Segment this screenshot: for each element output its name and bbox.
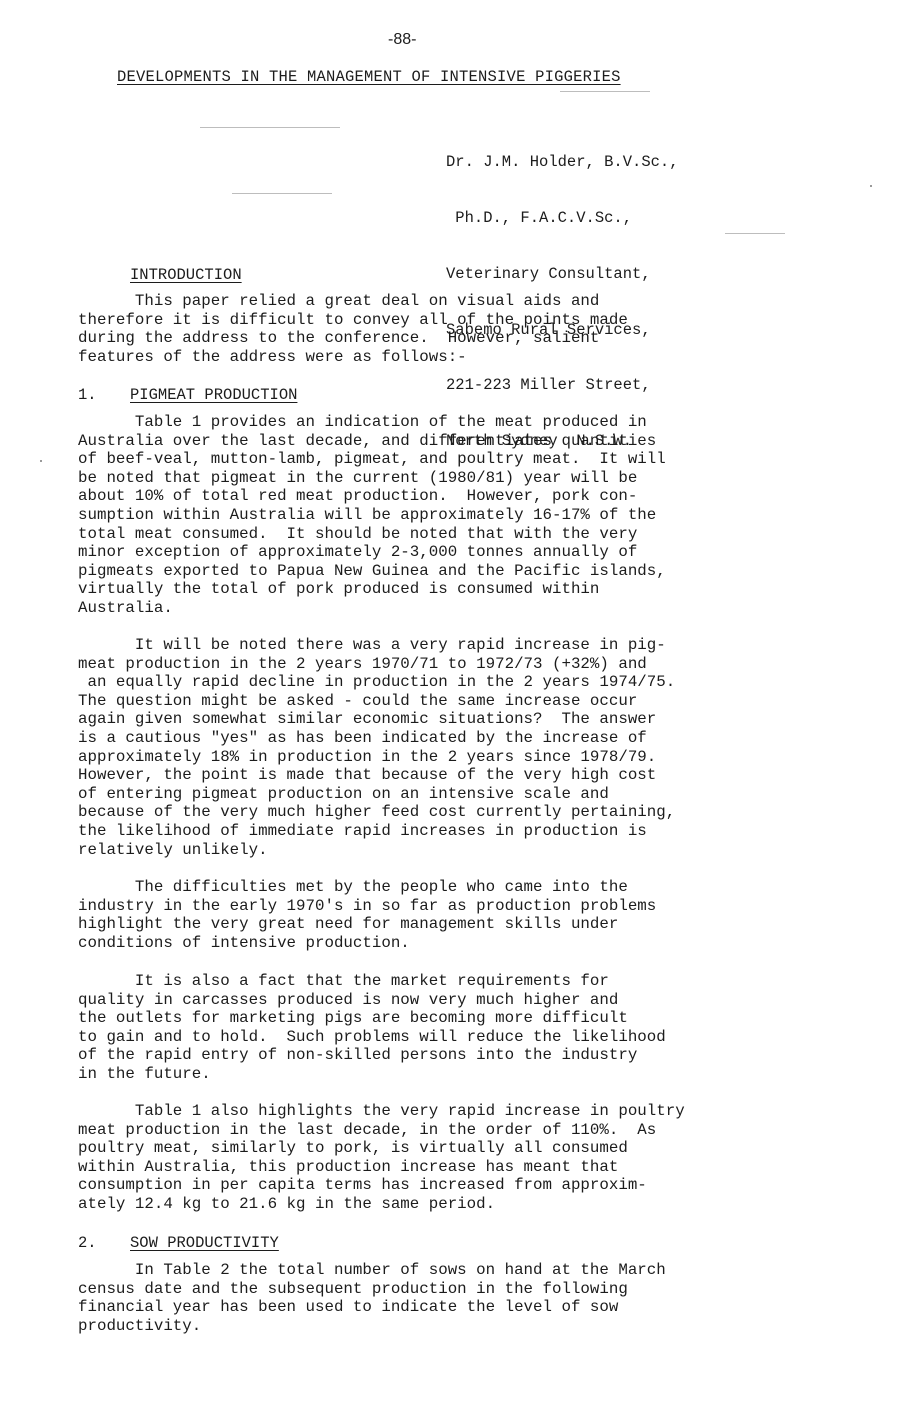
text-line: It is also a fact that the market requir… bbox=[78, 972, 666, 991]
text-line: to gain and to hold. Such problems will … bbox=[78, 1028, 666, 1047]
scan-artifact bbox=[560, 91, 650, 92]
text-line: meat production in the 2 years 1970/71 t… bbox=[78, 655, 675, 674]
text-line: The difficulties met by the people who c… bbox=[78, 878, 656, 897]
text-line: financial year has been used to indicate… bbox=[78, 1298, 666, 1317]
text-line: the likelihood of immediate rapid increa… bbox=[78, 822, 675, 841]
section-heading-introduction: INTRODUCTION bbox=[130, 266, 242, 284]
text-line: This paper relied a great deal on visual… bbox=[78, 292, 628, 311]
text-line: the outlets for marketing pigs are becom… bbox=[78, 1009, 666, 1028]
text-line: minor exception of approximately 2-3,000… bbox=[78, 543, 666, 562]
text-line: Table 1 also highlights the very rapid i… bbox=[78, 1102, 685, 1121]
paragraph-introduction: This paper relied a great deal on visual… bbox=[78, 292, 628, 366]
scan-artifact bbox=[200, 127, 340, 128]
page-number: -88- bbox=[388, 31, 416, 49]
text-line: features of the address were as follows:… bbox=[78, 348, 628, 367]
text-line: pigmeats exported to Papua New Guinea an… bbox=[78, 562, 666, 581]
paragraph: In Table 2 the total number of sows on h… bbox=[78, 1261, 666, 1335]
text-line: census date and the subsequent productio… bbox=[78, 1280, 666, 1299]
author-line: Veterinary Consultant, bbox=[446, 265, 679, 284]
text-line: meat production in the last decade, in t… bbox=[78, 1121, 685, 1140]
text-line: ately 12.4 kg to 21.6 kg in the same per… bbox=[78, 1195, 685, 1214]
text-line: during the address to the conference. Ho… bbox=[78, 329, 628, 348]
paragraph: Table 1 also highlights the very rapid i… bbox=[78, 1102, 685, 1214]
section-heading-sow-productivity: SOW PRODUCTIVITY bbox=[130, 1234, 279, 1252]
section-heading-pigmeat-production: PIGMEAT PRODUCTION bbox=[130, 386, 297, 404]
text-line: approximately 18% in production in the 2… bbox=[78, 748, 675, 767]
text-line: of entering pigmeat production on an int… bbox=[78, 785, 675, 804]
scan-artifact bbox=[232, 193, 332, 194]
text-line: highlight the very great need for manage… bbox=[78, 915, 656, 934]
paragraph: It is also a fact that the market requir… bbox=[78, 972, 666, 1084]
author-line: Ph.D., F.A.C.V.Sc., bbox=[446, 209, 679, 228]
scan-artifact bbox=[870, 185, 872, 187]
text-line: be noted that pigmeat in the current (19… bbox=[78, 469, 666, 488]
text-line: in the future. bbox=[78, 1065, 666, 1084]
section-number: 1. bbox=[78, 386, 97, 404]
text-line: consumption in per capita terms has incr… bbox=[78, 1176, 685, 1195]
document-title: DEVELOPMENTS IN THE MANAGEMENT OF INTENS… bbox=[117, 68, 621, 86]
text-line: Australia over the last decade, and diff… bbox=[78, 432, 666, 451]
text-line: an equally rapid decline in production i… bbox=[78, 673, 675, 692]
scan-artifact bbox=[725, 233, 785, 234]
text-line: is a cautious "yes" as has been indicate… bbox=[78, 729, 675, 748]
text-line: within Australia, this production increa… bbox=[78, 1158, 685, 1177]
section-number: 2. bbox=[78, 1234, 97, 1252]
text-line: It will be noted there was a very rapid … bbox=[78, 636, 675, 655]
paragraph: Table 1 provides an indication of the me… bbox=[78, 413, 666, 618]
text-line: total meat consumed. It should be noted … bbox=[78, 525, 666, 544]
text-line: therefore it is difficult to convey all … bbox=[78, 311, 628, 330]
document-page: -88- DEVELOPMENTS IN THE MANAGEMENT OF I… bbox=[0, 0, 900, 1405]
text-line: However, the point is made that because … bbox=[78, 766, 675, 785]
text-line: because of the very much higher feed cos… bbox=[78, 803, 675, 822]
author-line: Dr. J.M. Holder, B.V.Sc., bbox=[446, 153, 679, 172]
scan-artifact bbox=[40, 460, 42, 462]
text-line: poultry meat, similarly to pork, is virt… bbox=[78, 1139, 685, 1158]
text-line: about 10% of total red meat production. … bbox=[78, 487, 666, 506]
text-line: of beef-veal, mutton-lamb, pigmeat, and … bbox=[78, 450, 666, 469]
text-line: relatively unlikely. bbox=[78, 841, 675, 860]
text-line: Table 1 provides an indication of the me… bbox=[78, 413, 666, 432]
text-line: productivity. bbox=[78, 1317, 666, 1336]
author-line: 221-223 Miller Street, bbox=[446, 376, 679, 395]
text-line: conditions of intensive production. bbox=[78, 934, 656, 953]
text-line: Australia. bbox=[78, 599, 666, 618]
text-line: In Table 2 the total number of sows on h… bbox=[78, 1261, 666, 1280]
text-line: of the rapid entry of non-skilled person… bbox=[78, 1046, 666, 1065]
text-line: sumption within Australia will be approx… bbox=[78, 506, 666, 525]
text-line: industry in the early 1970's in so far a… bbox=[78, 897, 656, 916]
text-line: again given somewhat similar economic si… bbox=[78, 710, 675, 729]
text-line: The question might be asked - could the … bbox=[78, 692, 675, 711]
paragraph: The difficulties met by the people who c… bbox=[78, 878, 656, 952]
paragraph: It will be noted there was a very rapid … bbox=[78, 636, 675, 859]
text-line: virtually the total of pork produced is … bbox=[78, 580, 666, 599]
text-line: quality in carcasses produced is now ver… bbox=[78, 991, 666, 1010]
